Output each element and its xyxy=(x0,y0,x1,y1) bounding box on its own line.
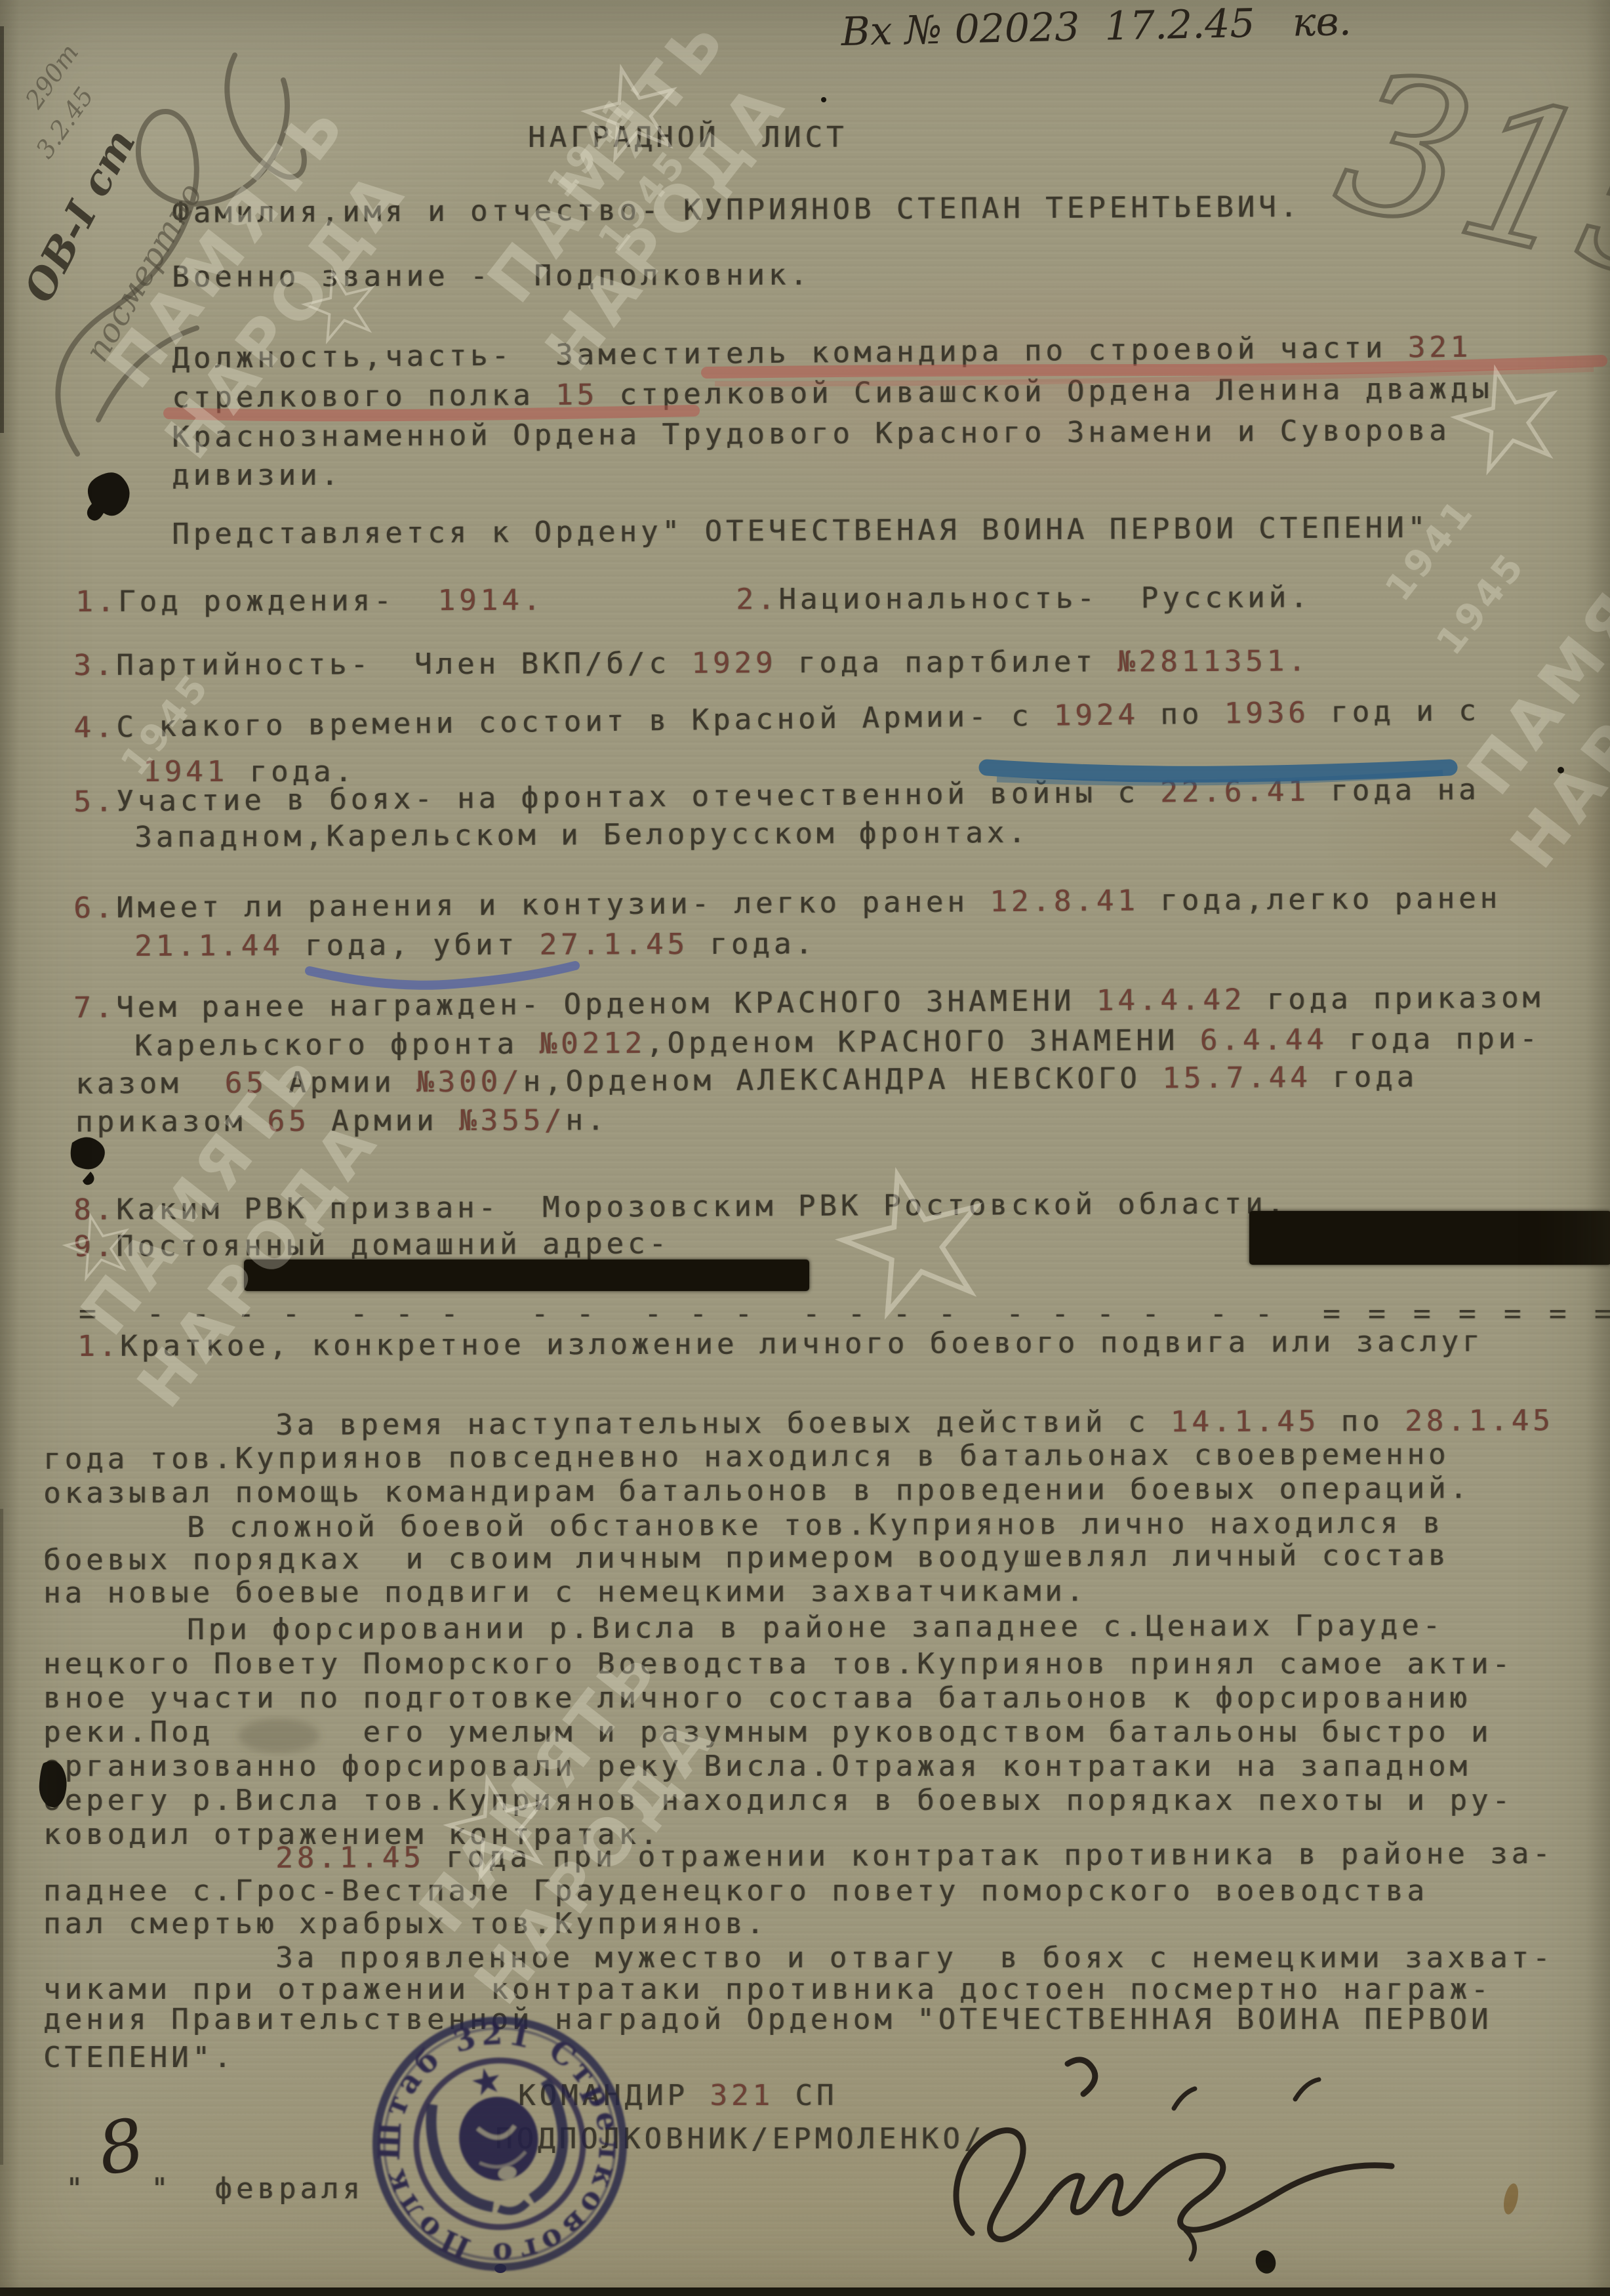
archive-watermark: 1941 1945 ПАМЯТЬ НАРОДА ПАМЯТЬ НАРОДА 19… xyxy=(60,1,1610,2018)
marks-overlay: 315 Штаб 321 Стрелкового Полка • xyxy=(0,0,1610,2296)
scan-edge-bottom xyxy=(0,2287,1610,2296)
unit-stamp: Штаб 321 Стрелкового Полка • xyxy=(347,1992,652,2296)
paper-damage xyxy=(39,97,1564,2276)
pencil-page-number: 315 xyxy=(1321,26,1610,329)
red-pencil-underlines xyxy=(169,361,1601,415)
blue-pencil-underlines xyxy=(310,768,1449,985)
ink-smudge xyxy=(238,1719,319,1753)
award-sheet-document: НАГРАДНОЙ ЛИСТФамилия,имя и отчество- КУ… xyxy=(0,0,1610,2296)
commander-signature xyxy=(956,2060,1392,2259)
svg-text:1945: 1945 xyxy=(113,665,219,784)
scan-edge-left2 xyxy=(0,1509,3,2165)
scan-edge-left xyxy=(0,26,4,433)
